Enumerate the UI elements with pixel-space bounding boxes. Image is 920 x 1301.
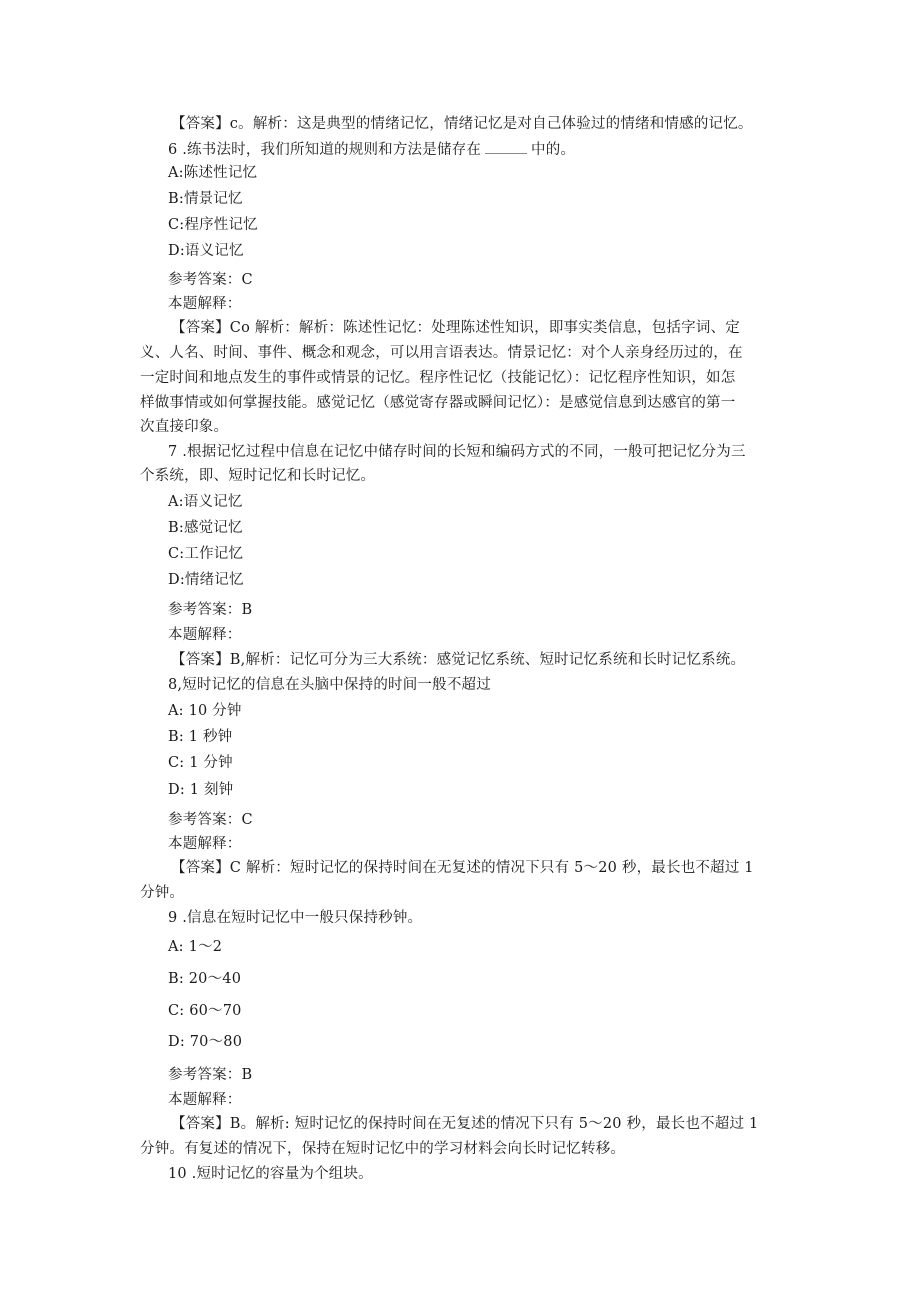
explanation-text: 【答案】Co 解析：解析：陈述性记忆：处理陈述性知识，即事实类信息，包括字词、定 [171, 318, 740, 338]
explanation-heading: 本题解释： [168, 294, 242, 314]
option-c: C:工作记忆 [168, 544, 243, 564]
option-c: C: 1 分钟 [168, 753, 233, 773]
reference-answer: 参考答案：B [168, 1065, 252, 1085]
option-d: D:情绪记忆 [168, 570, 244, 590]
explanation-heading: 本题解释： [168, 1090, 242, 1110]
option-b: B: 1 秒钟 [168, 727, 232, 747]
option-c: C: 60～70 [168, 1001, 242, 1021]
explanation-heading: 本题解释： [168, 625, 242, 645]
question-9: 9 .信息在短时记忆中一般只保持秒钟。 [168, 908, 422, 928]
option-b: B: 20～40 [168, 969, 241, 989]
reference-answer: 参考答案：B [168, 600, 252, 620]
explanation-heading: 本题解释： [168, 834, 242, 854]
fill-in-blank [485, 141, 527, 154]
explanation-text: 分钟。 [140, 883, 184, 903]
option-d: D: 1 刻钟 [168, 780, 233, 800]
explanation-text: 【答案】B。解析: 短时记忆的保持时间在无复述的情况下只有 5～20 秒，最长也… [171, 1114, 758, 1134]
option-b: B:情景记忆 [168, 189, 243, 209]
explanation-text: 样做事情或如何掌握技能。感觉记忆（感觉寄存器或瞬间记忆）：是感觉信息到达感官的第… [140, 393, 735, 413]
option-a: A:语义记忆 [168, 492, 243, 512]
question-6-text-end: 中的。 [531, 142, 575, 158]
option-a: A:陈述性记忆 [168, 163, 257, 183]
option-a: A: 1～2 [168, 937, 222, 957]
option-d: D:语义记忆 [168, 241, 244, 261]
explanation-text: 【答案】C 解析：短时记忆的保持时间在无复述的情况下只有 5～20 秒，最长也不… [171, 858, 754, 878]
question-6-text: 6 .练书法时，我们所知道的规则和方法是储存在 [168, 142, 481, 158]
question-7-continued: 个系统，即、短时记忆和长时记忆。 [140, 466, 375, 486]
question-10: 10 .短时记忆的容量为个组块。 [168, 1164, 373, 1184]
option-a: A: 10 分钟 [168, 701, 242, 721]
explanation-text: 义、人名、时间、事件、概念和观念，可以用言语表达。情景记忆：对个人亲身经历过的，… [140, 343, 743, 363]
question-8: 8,短时记忆的信息在头脑中保持的时间一般不超过 [168, 675, 491, 695]
explanation-text: 【答案】B,解析：记忆可分为三大系统：感觉记忆系统、短时记忆系统和长时记忆系统。 [171, 650, 745, 670]
option-d: D: 70～80 [168, 1032, 242, 1052]
explanation-text: 次直接印象。 [140, 417, 228, 437]
question-6: 6 .练书法时，我们所知道的规则和方法是储存在中的。 [168, 140, 575, 160]
reference-answer: 参考答案：C [168, 270, 253, 290]
explanation-text: 一定时间和地点发生的事件或情景的记忆。程序性记忆（技能记忆）：记忆程序性知识，如… [140, 368, 735, 388]
option-c: C:程序性记忆 [168, 215, 258, 235]
explanation-text: 分钟。有复述的情况下，保持在短时记忆中的学习材料会向长时记忆转移。 [140, 1139, 625, 1159]
reference-answer: 参考答案：C [168, 810, 253, 830]
option-b: B:感觉记忆 [168, 518, 243, 538]
question-7: 7 .根据记忆过程中信息在记忆中储存时间的长短和编码方式的不同，一般可把记忆分为… [168, 442, 746, 462]
document-page: 【答案】c。解析：这是典型的情绪记忆，情绪记忆是对自己体验过的情绪和情感的记忆。… [0, 0, 920, 1301]
answer-explanation-q5: 【答案】c。解析：这是典型的情绪记忆，情绪记忆是对自己体验过的情绪和情感的记忆。 [171, 114, 753, 134]
